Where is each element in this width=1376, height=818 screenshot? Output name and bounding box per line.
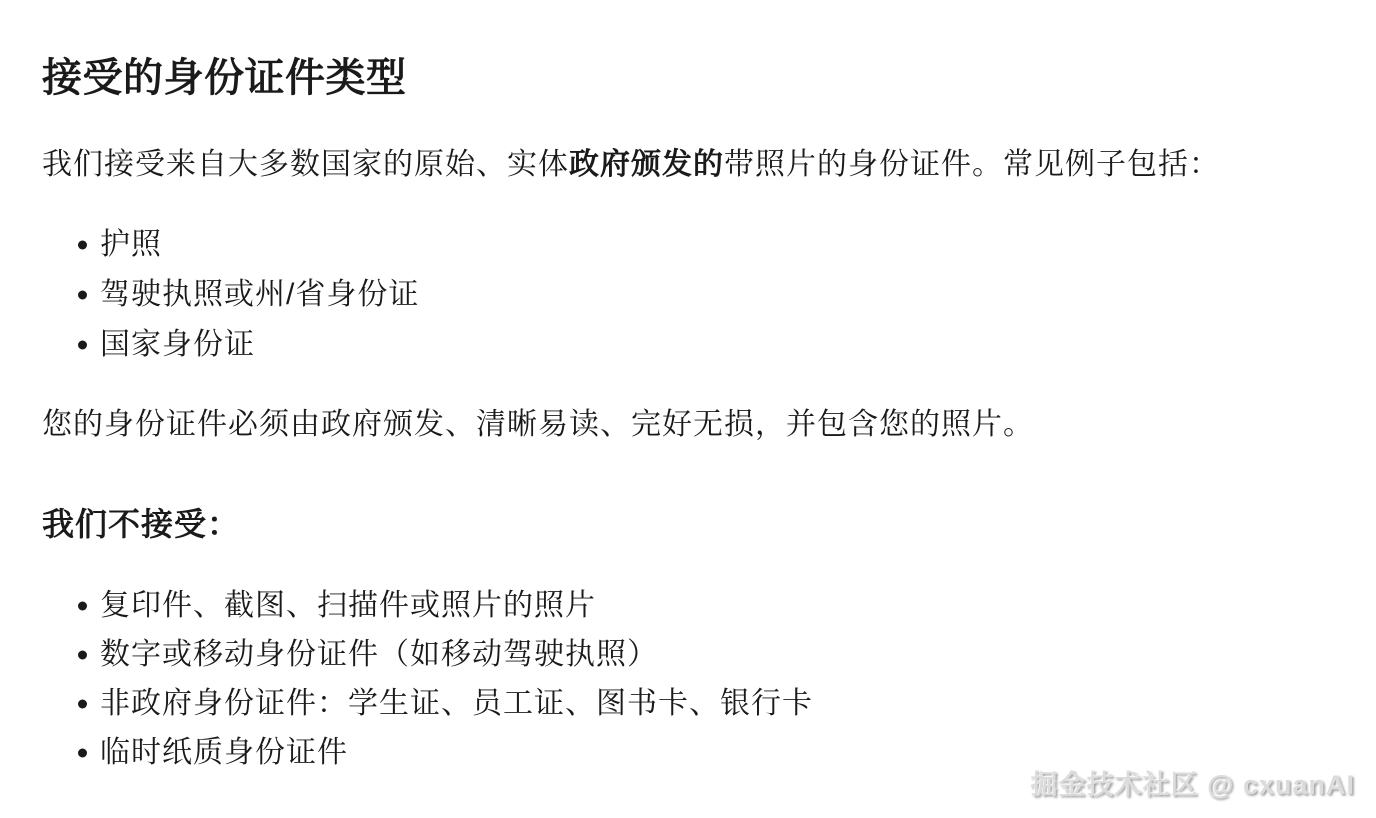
list-item: 数字或移动身份证件（如移动驾驶执照） bbox=[42, 630, 813, 679]
list-item-text: 复印件、截图、扫描件或照片的照片 bbox=[100, 589, 596, 622]
intro-paragraph: 我们接受来自大多数国家的原始、实体政府颁发的带照片的身份证件。常见例子包括： bbox=[42, 144, 1220, 186]
intro-text-after: 带照片的身份证件。常见例子包括： bbox=[724, 148, 1220, 181]
not-accepted-heading: 我们不接受： bbox=[42, 502, 240, 546]
list-item-text: 护照 bbox=[100, 228, 162, 261]
list-item: 护照 bbox=[42, 220, 419, 270]
accepted-id-list: 护照 驾驶执照或州/省身份证 国家身份证 bbox=[42, 220, 419, 370]
document-page: 接受的身份证件类型 我们接受来自大多数国家的原始、实体政府颁发的带照片的身份证件… bbox=[0, 0, 1376, 818]
watermark: 掘金技术社区 @ cxuanAI bbox=[1031, 763, 1355, 802]
not-accepted-list: 复印件、截图、扫描件或照片的照片 数字或移动身份证件（如移动驾驶执照） 非政府身… bbox=[42, 581, 813, 777]
list-item-text: 临时纸质身份证件 bbox=[100, 736, 348, 769]
page-title: 接受的身份证件类型 bbox=[42, 54, 407, 102]
bullet-icon bbox=[78, 341, 87, 350]
intro-text-before: 我们接受来自大多数国家的原始、实体 bbox=[42, 148, 569, 181]
list-item-text: 驾驶执照或州/省身份证 bbox=[100, 278, 419, 311]
list-item-text: 国家身份证 bbox=[100, 328, 255, 361]
bullet-icon bbox=[78, 601, 87, 610]
bullet-icon bbox=[78, 650, 87, 659]
bullet-icon bbox=[78, 291, 87, 300]
bullet-icon bbox=[78, 699, 87, 708]
list-item-text: 数字或移动身份证件（如移动驾驶执照） bbox=[100, 638, 658, 671]
list-item: 复印件、截图、扫描件或照片的照片 bbox=[42, 581, 813, 630]
list-item: 临时纸质身份证件 bbox=[42, 728, 813, 777]
list-item: 驾驶执照或州/省身份证 bbox=[42, 270, 419, 320]
requirement-paragraph: 您的身份证件必须由政府颁发、清晰易读、完好无损，并包含您的照片。 bbox=[42, 404, 1034, 446]
list-item: 非政府身份证件：学生证、员工证、图书卡、银行卡 bbox=[42, 679, 813, 728]
bullet-icon bbox=[78, 241, 87, 250]
intro-text-bold: 政府颁发的 bbox=[569, 148, 724, 181]
list-item-text: 非政府身份证件：学生证、员工证、图书卡、银行卡 bbox=[100, 687, 813, 720]
list-item: 国家身份证 bbox=[42, 320, 419, 370]
bullet-icon bbox=[78, 748, 87, 757]
